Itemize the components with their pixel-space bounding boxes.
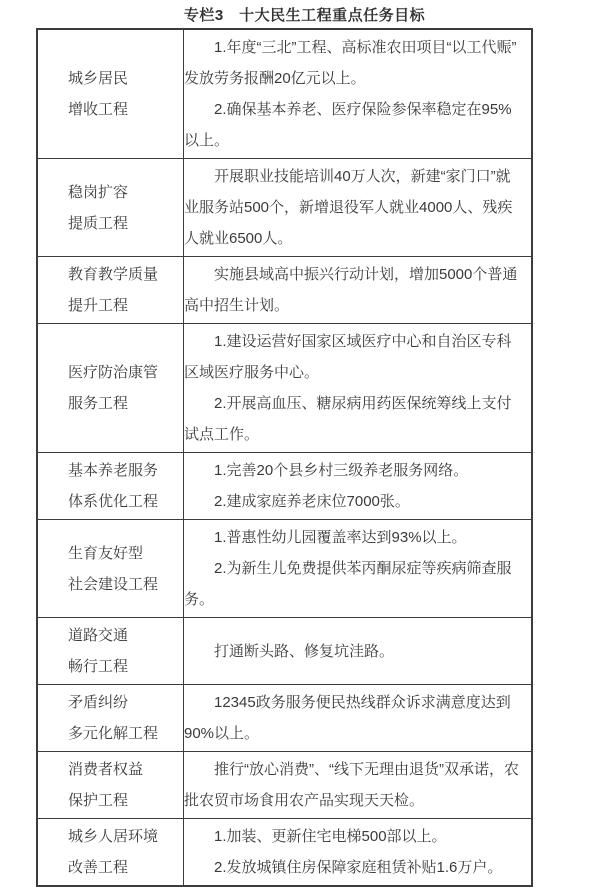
table-row: 稳岗扩容 提质工程 开展职业技能培训40万人次，新建“家门口”就业服务站500个… xyxy=(38,158,531,256)
task-paragraph: 实施县域高中振兴行动计划，增加5000个普通高中招生计划。 xyxy=(184,259,525,321)
task-paragraph: 2.为新生儿免费提供苯丙酮尿症等疾病筛查服务。 xyxy=(184,553,525,615)
project-name-cell: 生育友好型 社会建设工程 xyxy=(38,520,184,617)
task-cell: 打通断头路、修复坑洼路。 xyxy=(184,618,531,684)
task-cell: 1.建设运营好国家区域医疗中心和自治区专科区域医疗服务中心。2.开展高血压、糖尿… xyxy=(184,324,531,452)
task-cell: 1.加装、更新住宅电梯500部以上。2.发放城镇住房保障家庭租赁补贴1.6万户。 xyxy=(184,819,531,885)
task-paragraph: 2.确保基本养老、医疗保险参保率稳定在95%以上。 xyxy=(184,94,525,156)
task-paragraph: 12345政务服务便民热线群众诉求满意度达到90%以上。 xyxy=(184,687,525,749)
task-paragraph: 1.建设运营好国家区域医疗中心和自治区专科区域医疗服务中心。 xyxy=(184,326,525,388)
table-row: 道路交通 畅行工程 打通断头路、修复坑洼路。 xyxy=(38,617,531,684)
project-name-cell: 教育教学质量 提升工程 xyxy=(38,257,184,323)
table-row: 基本养老服务 体系优化工程 1.完善20个县乡村三级养老服务网络。2.建成家庭养… xyxy=(38,452,531,519)
task-paragraph: 推行“放心消费”、“线下无理由退货”双承诺，农批农贸市场食用农产品实现天天检。 xyxy=(184,754,525,816)
table-row: 城乡居民 增收工程 1.年度“三北”工程、高标准农田项目“以工代赈”发放劳务报酬… xyxy=(38,30,531,158)
project-name-cell: 矛盾纠纷 多元化解工程 xyxy=(38,685,184,751)
task-paragraph: 1.加装、更新住宅电梯500部以上。 xyxy=(184,821,525,852)
task-cell: 12345政务服务便民热线群众诉求满意度达到90%以上。 xyxy=(184,685,531,751)
project-name-cell: 稳岗扩容 提质工程 xyxy=(38,159,184,256)
task-paragraph: 2.建成家庭养老床位7000张。 xyxy=(184,486,525,517)
table-row: 城乡人居环境 改善工程 1.加装、更新住宅电梯500部以上。2.发放城镇住房保障… xyxy=(38,818,531,885)
task-cell: 1.年度“三北”工程、高标准农田项目“以工代赈”发放劳务报酬20亿元以上。2.确… xyxy=(184,30,531,158)
task-paragraph: 1.年度“三北”工程、高标准农田项目“以工代赈”发放劳务报酬20亿元以上。 xyxy=(184,32,525,94)
document-page: 专栏3 十大民生工程重点任务目标 城乡居民 增收工程 1.年度“三北”工程、高标… xyxy=(0,0,609,887)
project-name-cell: 基本养老服务 体系优化工程 xyxy=(38,453,184,519)
task-paragraph: 打通断头路、修复坑洼路。 xyxy=(184,636,525,667)
task-cell: 实施县域高中振兴行动计划，增加5000个普通高中招生计划。 xyxy=(184,257,531,323)
task-cell: 1.完善20个县乡村三级养老服务网络。2.建成家庭养老床位7000张。 xyxy=(184,453,531,519)
task-paragraph: 2.开展高血压、糖尿病用药医保统筹线上支付试点工作。 xyxy=(184,388,525,450)
livelihood-projects-table: 城乡居民 增收工程 1.年度“三北”工程、高标准农田项目“以工代赈”发放劳务报酬… xyxy=(36,28,533,887)
table-row: 生育友好型 社会建设工程 1.普惠性幼儿园覆盖率达到93%以上。2.为新生儿免费… xyxy=(38,519,531,617)
project-name-cell: 道路交通 畅行工程 xyxy=(38,618,184,684)
table-row: 教育教学质量 提升工程 实施县域高中振兴行动计划，增加5000个普通高中招生计划… xyxy=(38,256,531,323)
project-name-cell: 医疗防治康管 服务工程 xyxy=(38,324,184,452)
task-paragraph: 1.完善20个县乡村三级养老服务网络。 xyxy=(184,455,525,486)
task-cell: 推行“放心消费”、“线下无理由退货”双承诺，农批农贸市场食用农产品实现天天检。 xyxy=(184,752,531,818)
task-paragraph: 1.普惠性幼儿园覆盖率达到93%以上。 xyxy=(184,522,525,553)
project-name-cell: 消费者权益 保护工程 xyxy=(38,752,184,818)
task-cell: 1.普惠性幼儿园覆盖率达到93%以上。2.为新生儿免费提供苯丙酮尿症等疾病筛查服… xyxy=(184,520,531,617)
table-row: 消费者权益 保护工程 推行“放心消费”、“线下无理由退货”双承诺，农批农贸市场食… xyxy=(38,751,531,818)
task-paragraph: 2.发放城镇住房保障家庭租赁补贴1.6万户。 xyxy=(184,852,525,883)
table-row: 矛盾纠纷 多元化解工程 12345政务服务便民热线群众诉求满意度达到90%以上。 xyxy=(38,684,531,751)
task-paragraph: 开展职业技能培训40万人次，新建“家门口”就业服务站500个，新增退役军人就业4… xyxy=(184,161,525,254)
project-name-cell: 城乡人居环境 改善工程 xyxy=(38,819,184,885)
table-row: 医疗防治康管 服务工程 1.建设运营好国家区域医疗中心和自治区专科区域医疗服务中… xyxy=(38,323,531,452)
page-title: 专栏3 十大民生工程重点任务目标 xyxy=(0,0,609,26)
project-name-cell: 城乡居民 增收工程 xyxy=(38,30,184,158)
task-cell: 开展职业技能培训40万人次，新建“家门口”就业服务站500个，新增退役军人就业4… xyxy=(184,159,531,256)
